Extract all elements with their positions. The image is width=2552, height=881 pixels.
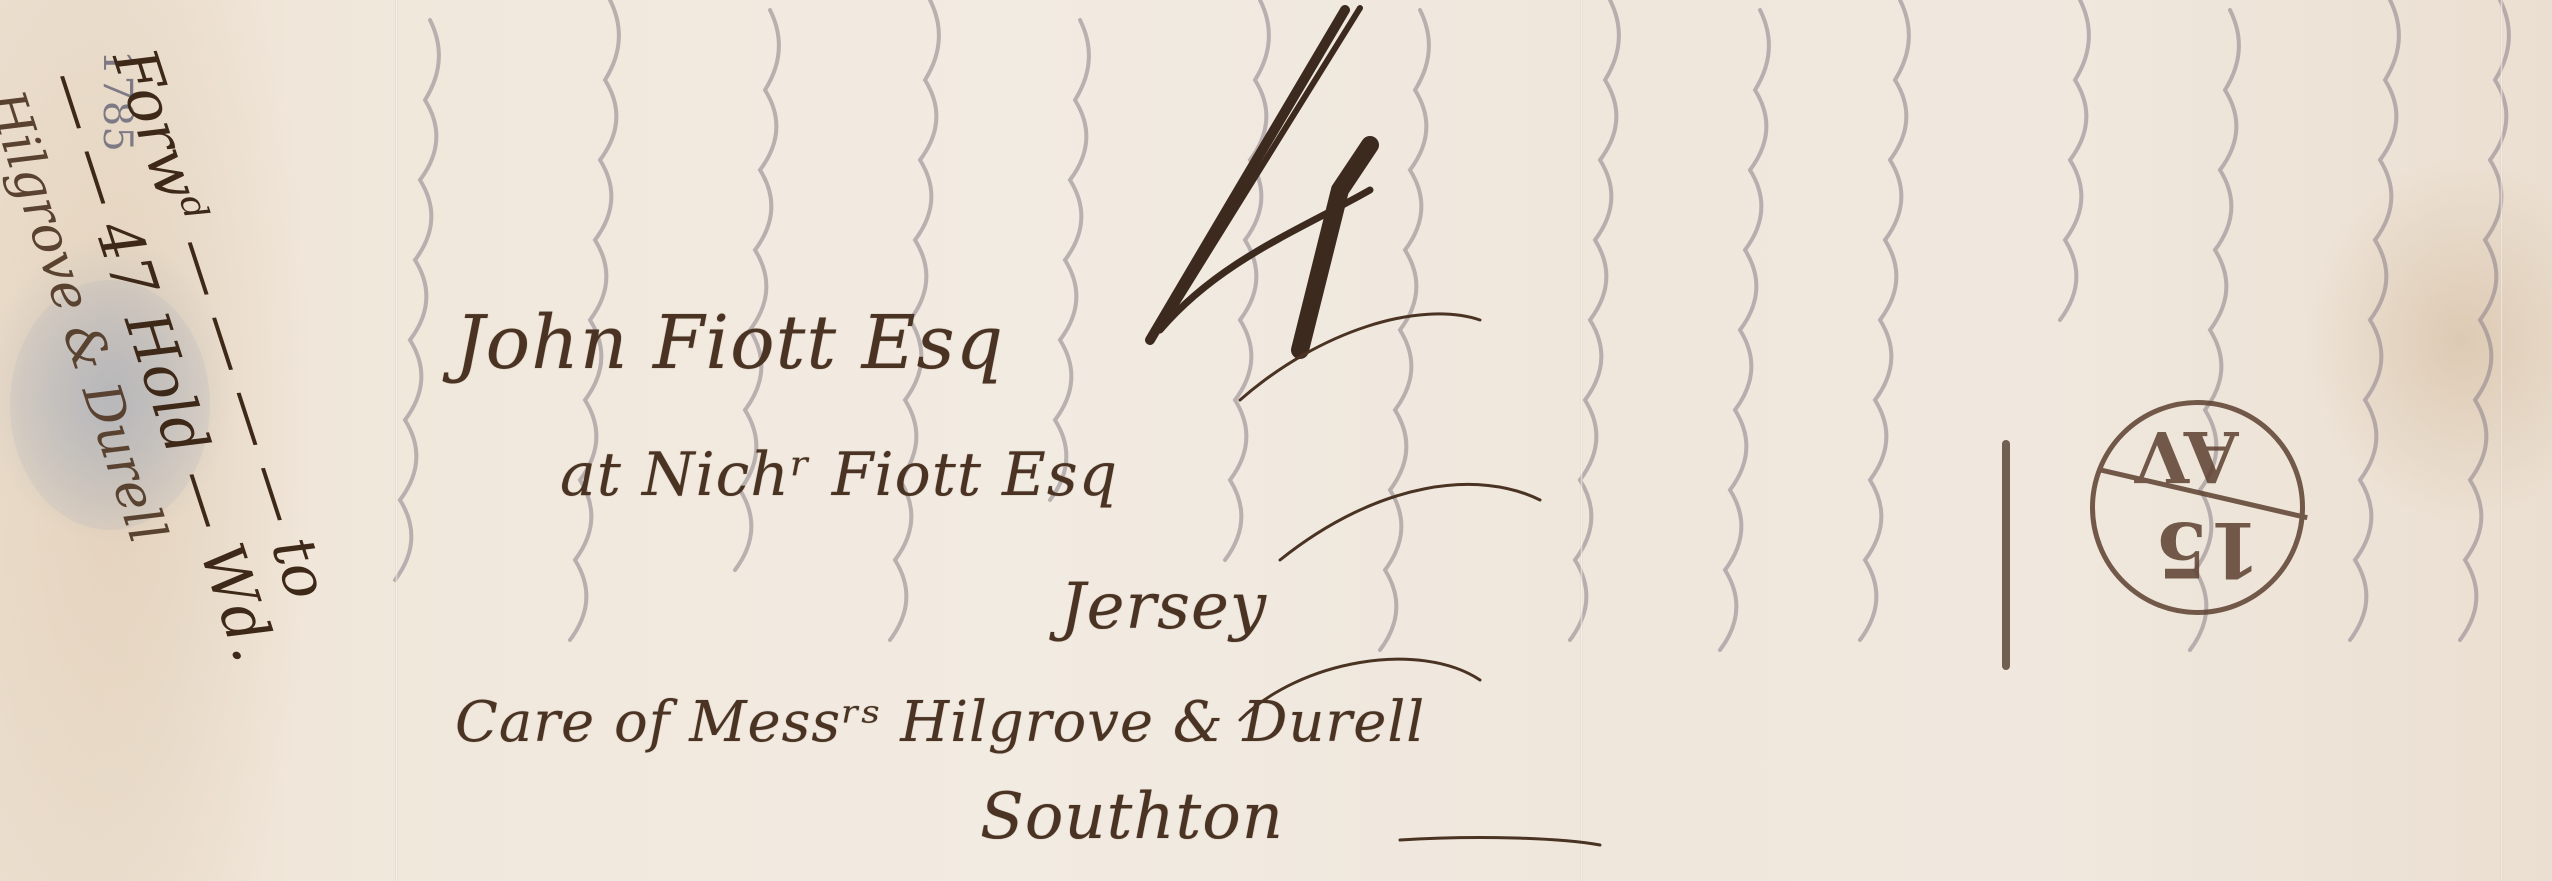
postmark-day: 15 <box>2155 505 2261 594</box>
postmark-month: AV <box>2135 415 2239 498</box>
tick-mark <box>2002 440 2010 670</box>
address-line-5: Southton <box>980 780 1284 854</box>
address-line-1: John Fiott Esq <box>455 300 1004 386</box>
fold-line-right <box>2500 0 2503 881</box>
bishop-postmark: AV 15 <box>2090 400 2305 615</box>
address-line-4: Care of Messʳˢ Hilgrove & Durell <box>455 690 1425 755</box>
letter-sheet: 1785 Forwᵈ — — — — to — — 47 Hold — Wd. … <box>0 0 2552 881</box>
address-line-2: at Nichʳ Fiott Esq <box>560 440 1118 510</box>
address-line-3: Jersey <box>1060 570 1267 644</box>
rate-mark-4 <box>1120 0 1420 360</box>
fold-line-center <box>1580 0 1583 881</box>
fold-line-left <box>395 0 398 881</box>
